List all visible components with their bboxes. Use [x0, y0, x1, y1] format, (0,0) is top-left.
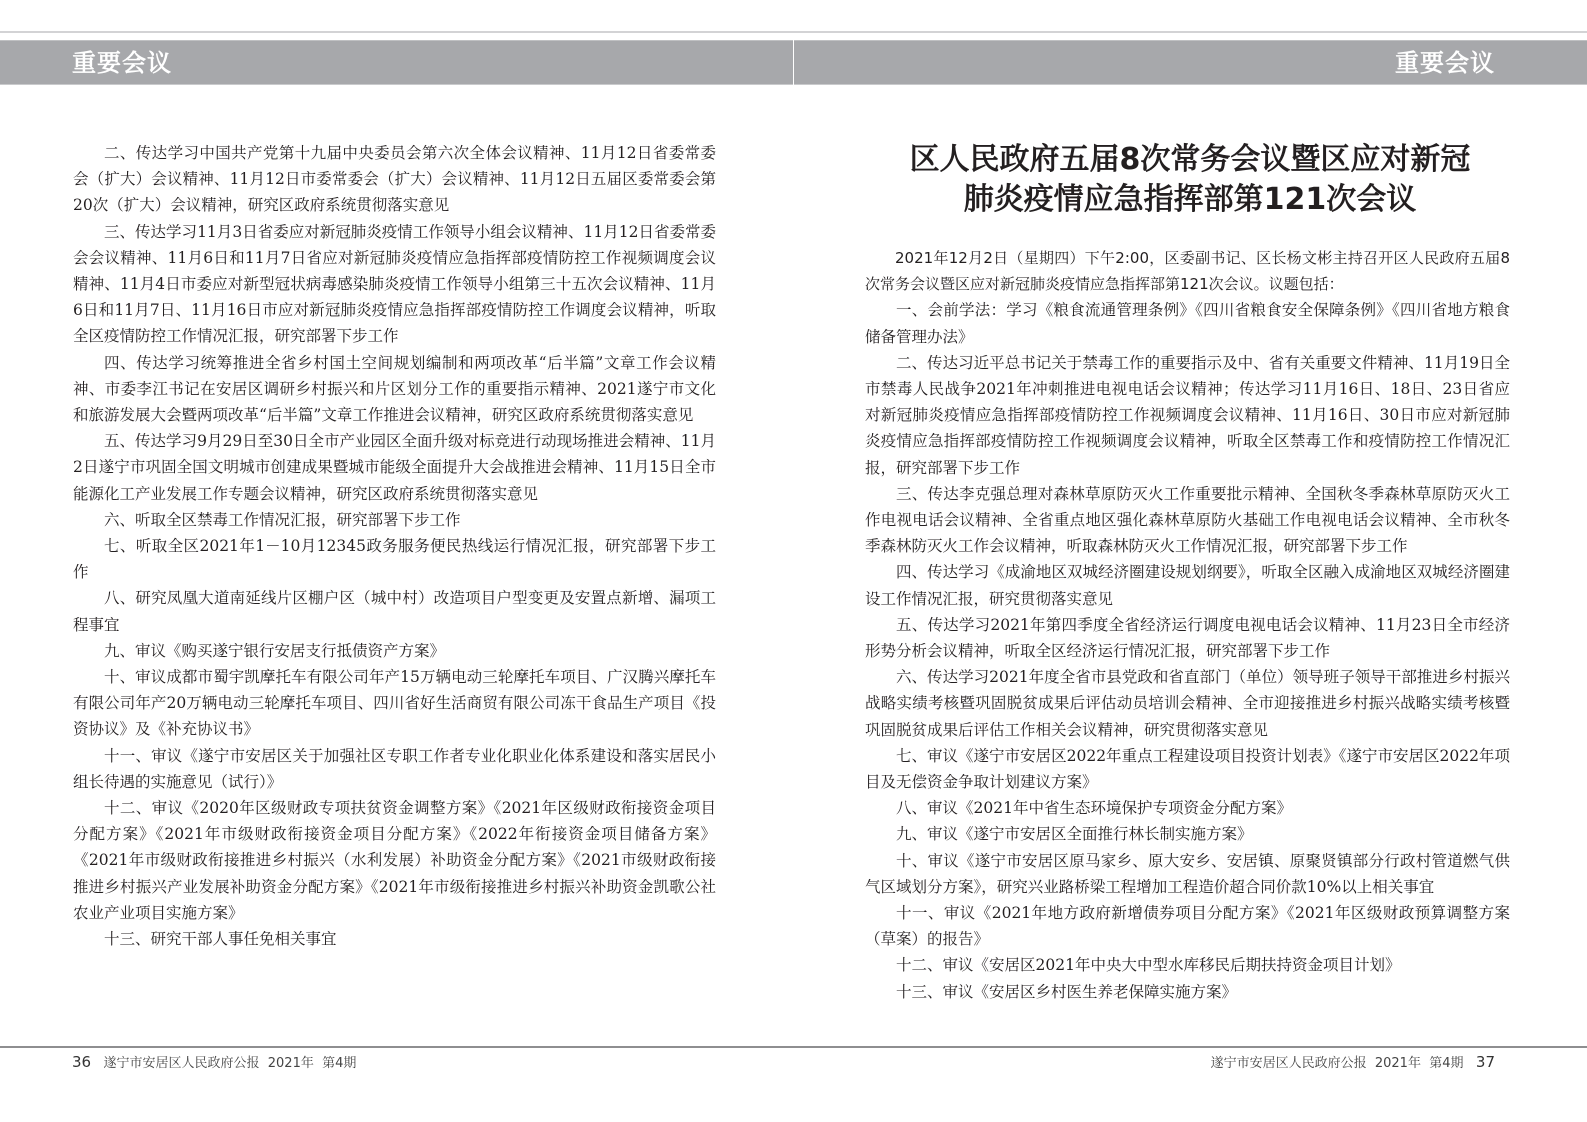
agenda-item: 十、审议《遂宁市安居区原马家乡、原大安乡、安居镇、原聚贤镇部分行政村管道燃气供气…	[865, 848, 1510, 900]
agenda-item: 五、传达学习9月29日至30日全市产业园区全面升级对标竞进行动现场推进会精神、1…	[73, 428, 716, 507]
agenda-item: 十三、审议《安居区乡村医生养老保障实施方案》	[865, 979, 1510, 1005]
top-rule	[0, 31, 1587, 33]
agenda-item: 十二、审议《2020年区级财政专项扶贫资金调整方案》《2021年区级财政衔接资金…	[73, 795, 716, 926]
publication-name-right: 遂宁市安居区人民政府公报 2021年 第4期	[1211, 1056, 1464, 1071]
article-title-line-2: 肺炎疫情应急指挥部第121次会议	[845, 180, 1535, 220]
agenda-item: 五、传达学习2021年第四季度全省经济运行调度电视电话会议精神、11月23日全市…	[865, 612, 1510, 664]
section-title-right: 重要会议	[1395, 46, 1495, 80]
agenda-item: 十三、研究干部人事任免相关事宜	[73, 926, 716, 952]
agenda-item: 二、传达习近平总书记关于禁毒工作的重要指示及中、省有关重要文件精神、11月19日…	[865, 350, 1510, 481]
agenda-item: 九、审议《购买遂宁银行安居支行抵债资产方案》	[73, 638, 716, 664]
agenda-item: 八、研究凤凰大道南延线片区棚户区（城中村）改造项目户型变更及安置点新增、漏项工程…	[73, 585, 716, 637]
section-header-left: 重要会议	[0, 40, 793, 85]
agenda-item: 七、审议《遂宁市安居区2022年重点工程建设项目投资计划表》《遂宁市安居区202…	[865, 743, 1510, 795]
agenda-item: 八、审议《2021年中省生态环境保护专项资金分配方案》	[865, 795, 1510, 821]
agenda-item: 十、审议成都市蜀宇凯摩托车有限公司年产15万辆电动三轮摩托车项目、广汉腾兴摩托车…	[73, 664, 716, 743]
agenda-item: 九、审议《遂宁市安居区全面推行林长制实施方案》	[865, 821, 1510, 847]
agenda-item: 六、传达学习2021年度全省市县党政和省直部门（单位）领导班子领导干部推进乡村振…	[865, 664, 1510, 743]
agenda-item: 三、传达李克强总理对森林草原防灭火工作重要批示精神、全国秋冬季森林草原防灭火工作…	[865, 481, 1510, 560]
agenda-item: 十一、审议《遂宁市安居区关于加强社区专职工作者专业化职业化体系建设和落实居民小组…	[73, 743, 716, 795]
agenda-item: 十二、审议《安居区2021年中央大中型水库移民后期扶持资金项目计划》	[865, 952, 1510, 978]
meeting-intro: 2021年12月2日（星期四）下午2:00，区委副书记、区长杨文彬主持召开区人民…	[865, 245, 1510, 297]
agenda-item: 一、会前学法：学习《粮食流通管理条例》《四川省粮食安全保障条例》《四川省地方粮食…	[865, 297, 1510, 349]
section-header-right: 重要会议	[794, 40, 1587, 85]
publication-name-left: 遂宁市安居区人民政府公报 2021年 第4期	[104, 1056, 357, 1071]
left-page-body: 二、传达学习中国共产党第十九届中央委员会第六次全体会议精神、11月12日省委常委…	[73, 140, 716, 952]
agenda-item: 四、传达学习统筹推进全省乡村国土空间规划编制和两项改革“后半篇”文章工作会议精神…	[73, 350, 716, 429]
agenda-item: 二、传达学习中国共产党第十九届中央委员会第六次全体会议精神、11月12日省委常委…	[73, 140, 716, 219]
agenda-item: 十一、审议《2021年地方政府新增债券项目分配方案》《2021年区级财政预算调整…	[865, 900, 1510, 952]
footer-rule	[0, 1046, 1587, 1048]
agenda-item: 七、听取全区2021年1－10月12345政务服务便民热线运行情况汇报，研究部署…	[73, 533, 716, 585]
right-page-body: 2021年12月2日（星期四）下午2:00，区委副书记、区长杨文彬主持召开区人民…	[865, 245, 1510, 1005]
agenda-item: 三、传达学习11月3日省委应对新冠肺炎疫情工作领导小组会议精神、11月12日省委…	[73, 219, 716, 350]
footer-left: 36 遂宁市安居区人民政府公报 2021年 第4期	[72, 1052, 356, 1074]
footer-right: 遂宁市安居区人民政府公报 2021年 第4期 37	[1211, 1052, 1495, 1074]
article-title-line-1: 区人民政府五届8次常务会议暨区应对新冠	[845, 140, 1535, 180]
page-number-left: 36	[72, 1053, 91, 1071]
section-title-left: 重要会议	[72, 46, 172, 80]
article-title: 区人民政府五届8次常务会议暨区应对新冠 肺炎疫情应急指挥部第121次会议	[845, 140, 1535, 220]
page-number-right: 37	[1476, 1053, 1495, 1071]
agenda-item: 六、听取全区禁毒工作情况汇报，研究部署下步工作	[73, 507, 716, 533]
agenda-item: 四、传达学习《成渝地区双城经济圈建设规划纲要》，听取全区融入成渝地区双城经济圈建…	[865, 559, 1510, 611]
